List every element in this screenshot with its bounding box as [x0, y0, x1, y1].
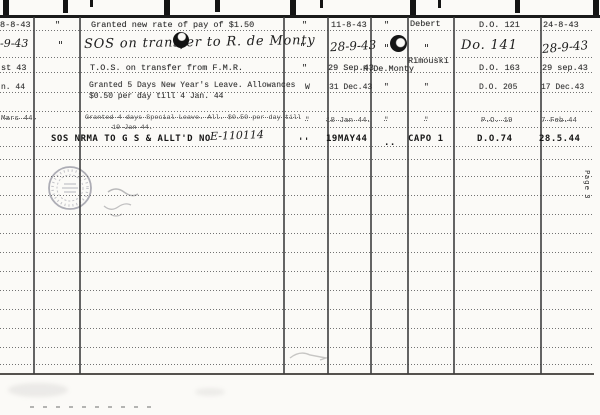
dotted-rule-line	[0, 111, 592, 112]
dotted-rule-line	[0, 347, 592, 348]
row5-right-date: 7 Feb.44	[541, 118, 577, 126]
header-tick-mark	[438, 0, 441, 8]
row2-ditto-mark: "	[384, 43, 389, 55]
header-tick-mark	[290, 0, 296, 15]
row2-authority: Do. 141	[461, 39, 518, 53]
paper-smudge	[8, 383, 68, 397]
row1-ditto-mark: "	[384, 21, 389, 30]
dotted-rule-line	[0, 271, 592, 272]
dotted-rule-line	[0, 127, 592, 128]
row5-description-line2: 19 Jan 44.	[112, 125, 153, 132]
ink-blot	[390, 35, 407, 52]
row5-ditto-mark: "	[384, 118, 389, 126]
pencil-dashes	[30, 406, 160, 408]
dotted-rule-line	[0, 309, 592, 310]
header-tick-mark	[215, 0, 220, 12]
dotted-rule-line	[0, 30, 592, 31]
row1-left-date: 8-8-43	[0, 21, 31, 30]
dotted-rule-line	[0, 290, 592, 291]
smudge-mark	[288, 348, 332, 364]
row1-place: Debert	[410, 20, 441, 29]
page-number-label: Page 3	[583, 170, 591, 200]
column-divider-line	[33, 17, 35, 374]
row4-mark: W	[305, 84, 310, 92]
pencil-scribble	[100, 182, 146, 224]
row5-left-date: Mars 44.	[1, 116, 37, 124]
row4-authority: D.O. 205	[479, 84, 517, 92]
dotted-rule-line	[0, 214, 592, 215]
header-tick-mark	[164, 0, 170, 15]
row3-place: Rimouski	[408, 57, 449, 66]
row3-authority: D.O. 163	[479, 64, 520, 73]
row3-ditto-mark: "	[302, 64, 307, 73]
dotted-rule-line	[0, 146, 592, 147]
dotted-rule-line	[0, 328, 592, 329]
row2-description: SOS on transfer to R. de Monty	[84, 34, 316, 52]
column-divider-line	[453, 17, 455, 374]
ink-blot	[173, 32, 189, 48]
header-tick-mark	[90, 0, 93, 7]
header-tick-mark	[410, 0, 416, 15]
service-record-scan: 8-8-43 " Granted new rate of pay of $1.5…	[0, 0, 600, 415]
dotted-rule-line	[0, 252, 592, 253]
row1-date: 11-8-43	[331, 21, 367, 30]
dotted-rule-line	[0, 195, 592, 196]
header-tick-mark	[515, 0, 520, 13]
row2-left-date: -9-43	[0, 38, 28, 50]
row6-description: SOS NRMA TO G S & ALLT'D NO	[51, 135, 211, 144]
column-divider-line	[283, 17, 285, 374]
column-divider-line	[79, 17, 81, 374]
row4-date: 31 Dec.43	[329, 84, 372, 92]
row6-ditto-mark: ''	[298, 138, 310, 147]
row3-description: T.O.S. on transfer from F.M.R.	[90, 64, 243, 73]
table-bottom-border	[0, 373, 594, 375]
row5-place: "	[424, 118, 429, 126]
table-top-border	[0, 15, 600, 18]
row5-description-line1: Granted 4 days Special Leave. All. $0.50…	[85, 115, 301, 122]
row5-date: 18 Jan 44.	[326, 118, 371, 126]
row6-authority: D.O.74	[477, 135, 513, 144]
row4-left-date: n. 44	[1, 84, 25, 92]
row6-serial-number: E-110114	[210, 129, 264, 142]
header-tick-mark	[63, 0, 68, 13]
dotted-rule-line	[0, 233, 592, 234]
row1-ditto-mark: "	[302, 21, 307, 30]
paper-smudge	[195, 388, 225, 396]
header-tick-mark	[320, 0, 323, 8]
row1-description: Granted new rate of pay of $1.50	[91, 21, 254, 30]
row3-unit: R.De.Monty	[363, 65, 414, 74]
circular-stamp	[38, 158, 102, 220]
row4-description-line1: Granted 5 Days New Year's Leave. Allowan…	[89, 82, 295, 90]
dotted-rule-line	[0, 57, 592, 58]
row1-authority: D.O. 121	[479, 21, 520, 30]
row4-right-date: 17 Dec.43	[541, 84, 584, 92]
row3-right-date: 29 sep.43	[542, 64, 588, 73]
dotted-rule-line	[0, 176, 592, 177]
row1-right-date: 24-8-43	[543, 21, 579, 30]
row3-left-date: st 43	[1, 64, 27, 73]
row6-right-date: 28.5.44	[539, 135, 580, 144]
header-tick-mark	[3, 0, 9, 15]
dotted-rule-line	[0, 364, 592, 365]
row4-ditto-mark: "	[384, 84, 389, 92]
row2-date: 28-9-43	[330, 39, 377, 54]
header-tick-mark	[593, 0, 599, 15]
row5-authority: P.O. 19	[481, 118, 513, 126]
row2-right-date: 28-9-43	[542, 39, 589, 56]
row5-ditto-mark: "	[305, 118, 310, 126]
row6-ditto-mark: ..	[384, 139, 396, 148]
row2-ditto-mark: "	[300, 42, 305, 54]
row2-ditto-mark: "	[58, 40, 63, 52]
dotted-rule-line	[0, 159, 592, 160]
row1-ditto-mark: "	[55, 21, 60, 30]
row6-place: CAPO 1	[408, 135, 444, 144]
row4-place: "	[424, 84, 429, 92]
row6-date: 19MAY44	[326, 135, 367, 144]
row2-place: "	[424, 43, 429, 55]
row4-description-line2: $0.50 per day till 4 Jan. 44	[89, 93, 223, 101]
